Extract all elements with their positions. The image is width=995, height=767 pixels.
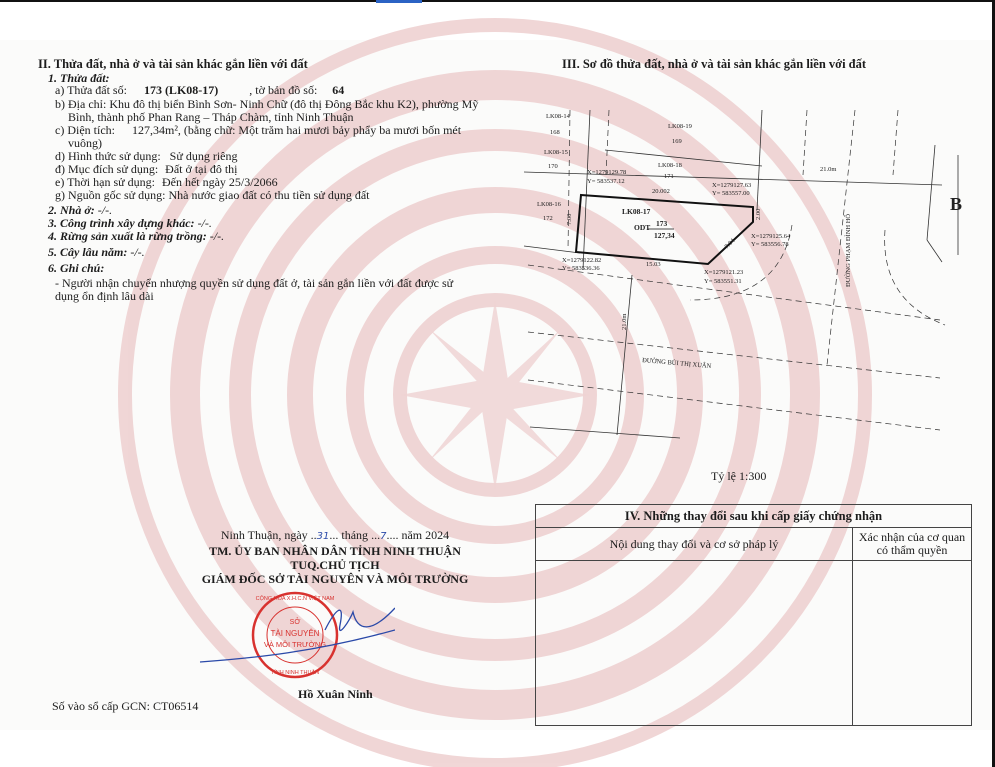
origin-row: g) Nguồn gốc sử dụng: Nhà nước giao đất … — [55, 189, 369, 202]
subject-use: ODT — [634, 223, 650, 232]
point4-y: Y= 583551.31 — [704, 278, 742, 285]
parcel-number-label: a) Thửa đất số: — [55, 83, 127, 97]
point2-y: Y= 583557.00 — [712, 190, 750, 197]
stamp-line1: SỞ — [290, 617, 301, 626]
parcel-lk08-14-code: LK08-14 — [546, 113, 571, 120]
road-width-east: 21.0m — [820, 166, 836, 173]
point5-x: X=1279122.82 — [562, 257, 601, 264]
stamp-top: CỘNG HÒA X.H.C.N VIỆT NAM — [256, 594, 335, 602]
other-construction-value: -/-. — [198, 216, 212, 230]
forest-label: 4. Rừng sản xuất là rừng trồng: — [48, 229, 207, 243]
house-label: 2. Nhà ở: — [48, 203, 95, 217]
parcel-lk08-15-code: LK08-15 — [544, 149, 568, 156]
forest-row: 4. Rừng sản xuất là rừng trồng: -/-. — [48, 229, 224, 244]
point3-y: Y= 583556.78 — [751, 241, 789, 248]
notes-line2: dụng ổn định lâu dài — [55, 290, 154, 303]
other-construction-label: 3. Công trình xây dựng khác: — [48, 216, 195, 230]
date-month-label: tháng — [341, 528, 368, 542]
date-prefix: Ninh Thuận, ngày — [221, 528, 308, 542]
parcel-lk08-19-code: LK08-19 — [668, 123, 692, 130]
date-day: 31 — [317, 531, 330, 542]
stamp-line2: TÀI NGUYÊN — [271, 629, 320, 638]
point1-y: Y= 583537.12 — [587, 178, 625, 185]
area-value: 127,34m², (bằng chữ: Một trăm hai mươi b… — [132, 123, 461, 137]
parcel-number-value: 173 (LK08-17) — [144, 83, 218, 97]
edge-bottom: 15.03 — [646, 261, 661, 268]
official-stamp: SỞ TÀI NGUYÊN VÀ MÔI TRƯỜNG CỘNG HÒA X.H… — [195, 590, 395, 685]
section4-title: IV. Những thay đổi sau khi cấp giấy chứn… — [536, 505, 972, 528]
use-purpose-label: đ) Mục đích sử dụng: — [55, 162, 158, 176]
change-content-cell — [536, 561, 853, 726]
subject-area: 127,34 — [654, 231, 675, 240]
section3-title: III. Sơ đồ thửa đất, nhà ở và tài sản kh… — [562, 57, 866, 72]
parcel-lk08-16-num: 172 — [543, 215, 553, 222]
viewer-tab-indicator[interactable] — [376, 0, 422, 3]
use-purpose-value: Đất ở tại đô thị — [165, 162, 237, 176]
parcel-lk08-18-num: 171 — [664, 173, 674, 180]
changes-table: IV. Những thay đổi sau khi cấp giấy chứn… — [535, 504, 972, 726]
col-authority: Xác nhận của cơ quan có thẩm quyền — [853, 528, 972, 561]
edge-top: 20.002 — [652, 188, 670, 195]
signature-block: Ninh Thuận, ngày ..31... tháng ...7.... … — [200, 528, 470, 586]
signer-name: Hồ Xuân Ninh — [298, 688, 373, 701]
road-width-south: 21.0m — [621, 314, 628, 330]
area-row: c) Diện tích: 127,34m², (bằng chữ: Một t… — [55, 124, 461, 137]
parcel-lk08-15-num: 170 — [548, 163, 558, 170]
address-line1: Khu đô thị biển Bình Sơn- Ninh Chữ (đô t… — [109, 97, 478, 111]
col-change-content: Nội dung thay đổi và cơ sở pháp lý — [536, 528, 853, 561]
address-label: b) Địa chỉ: — [55, 97, 106, 111]
origin-value: Nhà nước giao đất có thu tiền sử dụng đấ… — [169, 188, 370, 202]
trees-row: 5. Cây lâu năm: -/-. — [48, 245, 145, 260]
forest-value: -/-. — [210, 229, 224, 243]
point5-y: Y= 583536.36 — [562, 265, 600, 272]
north-arrow-label: B — [950, 194, 962, 214]
parcel-lk08-19-num: 169 — [672, 138, 682, 145]
authority-line3: GIÁM ĐỐC SỞ TÀI NGUYÊN VÀ MÔI TRƯỜNG — [200, 572, 470, 586]
parcel-number-row: a) Thửa đất số: 173 (LK08-17) , tờ bản đ… — [55, 84, 344, 97]
edge-left: 7.00 — [566, 214, 573, 225]
stamp-bottom: TỈNH NINH THUẬN — [271, 669, 319, 676]
authority-cell — [853, 561, 972, 726]
point3-x: X=1279125.64 — [751, 233, 791, 240]
authority-line1: TM. ỦY BAN NHÂN DÂN TỈNH NINH THUẬN — [200, 544, 470, 558]
notes-label: 6. Ghi chú: — [48, 261, 104, 276]
use-form-label: d) Hình thức sử dụng: — [55, 149, 161, 163]
house-value: -/-. — [98, 203, 112, 217]
date-year: năm 2024 — [401, 528, 449, 542]
subject-number: 173 — [656, 219, 668, 228]
date-line: Ninh Thuận, ngày ..31... tháng ...7.... … — [200, 528, 470, 544]
parcel-lk08-18-code: LK08-18 — [658, 162, 682, 169]
subject-parcel-code: LK08-17 — [622, 207, 651, 216]
point2-x: X=1279127.63 — [712, 182, 751, 189]
trees-value: -/-. — [130, 245, 144, 259]
road-name-east: ĐƯỜNG PHẠM ĐÌNH HỔ — [844, 214, 852, 287]
point4-x: X=1279121.23 — [704, 269, 743, 276]
use-form-value: Sử dụng riêng — [170, 149, 238, 163]
map-sheet-label: , tờ bản đồ số: — [249, 83, 317, 97]
authority-line2: TUQ.CHỦ TỊCH — [200, 558, 470, 572]
top-border — [0, 0, 995, 2]
parcel-lk08-16-code: LK08-16 — [537, 201, 562, 208]
parcel-diagram: LK08-14 168 LK08-19 169 LK08-15 170 LK08… — [520, 95, 990, 495]
registry-number: Số vào sổ cấp GCN: CT06514 — [52, 700, 198, 713]
use-term-label: e) Thời hạn sử dụng: — [55, 175, 155, 189]
parcel-lk08-14-num: 168 — [550, 129, 560, 136]
area-label: c) Diện tích: — [55, 123, 115, 137]
use-term-value: Đến hết ngày 25/3/2066 — [162, 175, 278, 189]
map-sheet-value: 64 — [332, 83, 344, 97]
road-name-south: ĐƯỜNG BÙI THỊ XUÂN — [642, 356, 712, 370]
edge-right: 2.00 — [755, 209, 762, 220]
origin-label: g) Nguồn gốc sử dụng: — [55, 188, 166, 202]
col-authority-line2: có thẩm quyền — [856, 544, 968, 557]
trees-label: 5. Cây lâu năm: — [48, 245, 127, 259]
section2-title: II. Thửa đất, nhà ở và tài sản khác gắn … — [38, 57, 308, 72]
scale-label: Tỷ lệ 1:300 — [711, 470, 766, 483]
point1-x: X=1279129.78 — [587, 169, 626, 176]
